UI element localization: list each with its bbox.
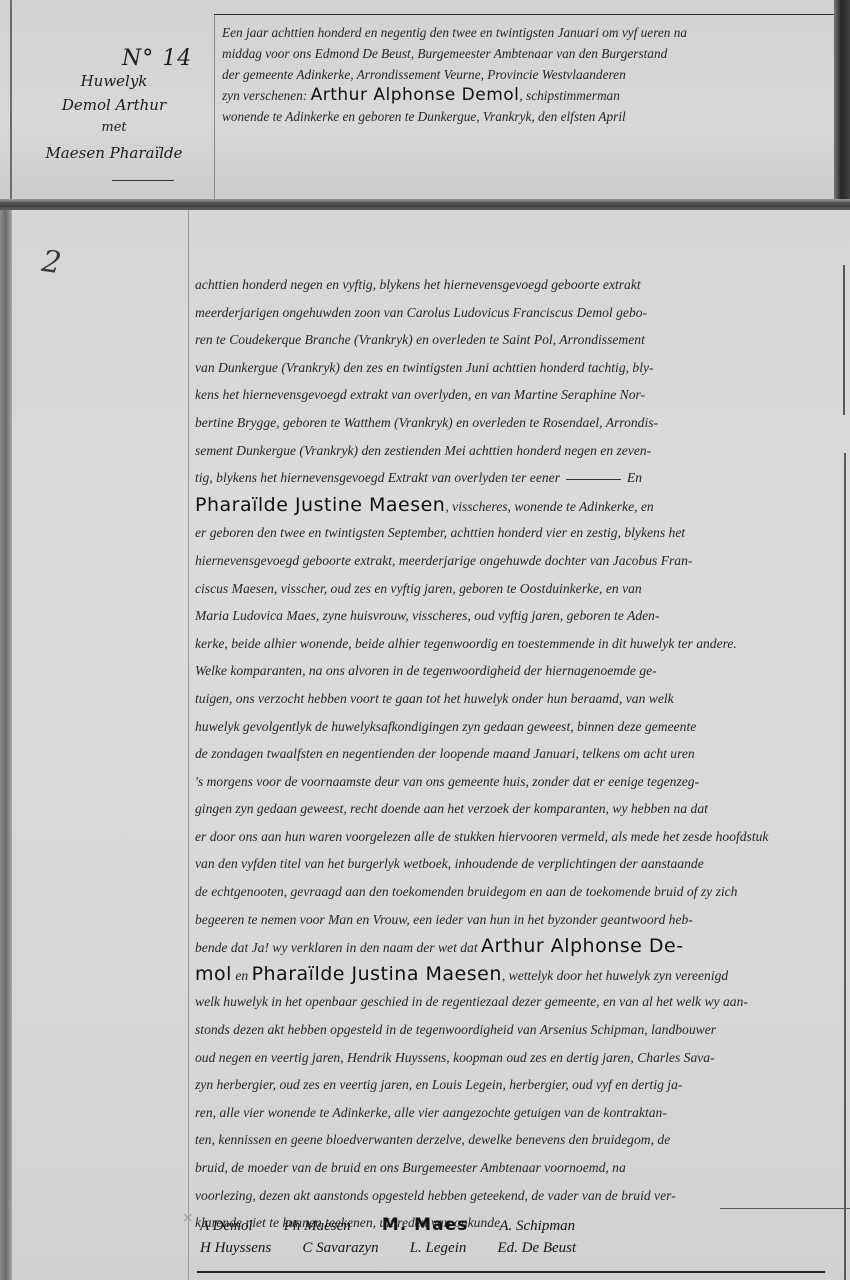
groom-name: Arthur Alphonse Demol — [311, 85, 520, 105]
signature-mother: M. Maes — [382, 1215, 468, 1235]
text-line: de zondagen twaalfsten en negentienden d… — [195, 740, 835, 768]
text-line: gingen zyn gedaan geweest, recht doende … — [195, 795, 835, 823]
text-line: voorlezing, dezen akt aanstonds opgestel… — [195, 1182, 835, 1210]
text-line: sement Dunkergue (Vrankryk) den zestiend… — [195, 437, 835, 465]
text-line: bruid, de moeder van de bruid en ons Bur… — [195, 1154, 835, 1182]
previous-page: N° 14 Huwelyk Demol Arthur met Maesen Ph… — [0, 0, 850, 205]
text-line: tig, blykens het hiernevensgevoegd Extra… — [195, 464, 835, 492]
bride-name: Pharaïlde Justina Maesen — [252, 963, 502, 985]
text-fragment: bende dat Ja! wy verklaren in den naam d… — [195, 940, 481, 955]
text-line: ren, alle vier wonende te Adinkerke, all… — [195, 1099, 835, 1127]
record-body: achttien honderd negen en vyftig, blyken… — [195, 271, 835, 1237]
bride-name: Pharaïlde Justine Maesen — [195, 494, 445, 516]
closing-rule — [197, 1271, 825, 1273]
text-line: van Dunkergue (Vrankryk) den zes en twin… — [195, 354, 835, 382]
page-binding — [0, 205, 12, 1280]
page-top-border — [0, 205, 850, 210]
text-line: bertine Brygge, geboren te Watthem (Vran… — [195, 409, 835, 437]
text-fragment: tig, blykens het hiernevensgevoegd Extra… — [195, 470, 560, 485]
text-line: Welke komparanten, na ons alvoren in de … — [195, 657, 835, 685]
text-line: oud negen en veertig jaren, Hendrik Huys… — [195, 1044, 835, 1072]
text-line: Maria Ludovica Maes, zyne huisvrouw, vis… — [195, 602, 835, 630]
text-line: bende dat Ja! wy verklaren in den naam d… — [195, 933, 835, 961]
upper-record-text: Een jaar achttien honderd en negentig de… — [222, 22, 830, 127]
text-line: begeeren te nemen voor Man en Vrouw, een… — [195, 906, 835, 934]
text-fragment: , visscheres, wonende te Adinkerke, en — [445, 499, 653, 514]
text-fragment: zyn verschenen: — [222, 88, 311, 103]
text-fragment: , wettelyk door het huwelyk zyn vereenig… — [502, 968, 728, 983]
margin-with: met — [14, 120, 214, 135]
column-divider — [188, 210, 189, 1280]
act-number: N° 14 — [122, 46, 192, 71]
text-line: stonds dezen akt hebben opgesteld in de … — [195, 1016, 835, 1044]
blank-dash — [566, 479, 621, 480]
text-line: tuigen, ons verzocht hebben voort te gaa… — [195, 685, 835, 713]
groom-name-cont: mol — [195, 963, 232, 985]
text-line: ten, kennissen en geene bloedverwanten d… — [195, 1126, 835, 1154]
top-rule — [214, 14, 834, 15]
text-line: 's morgens voor de voornaamste deur van … — [195, 768, 835, 796]
margin-title: Huwelyk — [14, 72, 214, 90]
margin-bride: Maesen Pharaïlde — [14, 144, 214, 162]
text-line: der gemeente Adinkerke, Arrondissement V… — [222, 64, 830, 85]
text-line: hiernevensgevoegd geboorte extrakt, meer… — [195, 547, 835, 575]
text-fragment: , schipstimmerman — [519, 88, 619, 103]
text-fragment: En — [627, 470, 642, 485]
signature-bride: Ph Maesen — [284, 1218, 351, 1235]
signature-witness: A. Schipman — [499, 1218, 575, 1235]
signature-row: A Demol Ph Maesen M. Maes A. Schipman — [200, 1215, 820, 1237]
text-line: huwelyk gevolgentlyk de huwelyksafkondig… — [195, 713, 835, 741]
right-margin-rule — [843, 265, 845, 415]
page-gutter — [834, 0, 850, 205]
text-line: er door ons aan hun waren voorgelezen al… — [195, 823, 835, 851]
column-divider — [214, 14, 215, 205]
text-line: middag voor ons Edmond De Beust, Burgeme… — [222, 43, 830, 64]
text-line: welk huwelyk in het openbaar geschied in… — [195, 988, 835, 1016]
text-line: Pharaïlde Justine Maesen, visscheres, wo… — [195, 492, 835, 520]
page-edge — [10, 0, 12, 205]
margin-mark: 2 — [40, 244, 64, 281]
text-line: zyn herbergier, oud zes en veertig jaren… — [195, 1071, 835, 1099]
margin-column: N° 14 Huwelyk Demol Arthur met Maesen Ph… — [14, 14, 214, 199]
text-line: de echtgenooten, gevraagd aan den toekom… — [195, 878, 835, 906]
text-line: van den vyfden titel van het burgerlyk w… — [195, 850, 835, 878]
groom-name: Arthur Alphonse De- — [481, 935, 684, 957]
text-line: zyn verschenen: Arthur Alphonse Demol, s… — [222, 85, 830, 106]
margin-groom: Demol Arthur — [14, 96, 214, 114]
signature-witness: L. Legein — [410, 1240, 467, 1257]
signature-mayor: Ed. De Beust — [497, 1240, 576, 1257]
current-page: 2 achttien honderd negen en vyftig, blyk… — [0, 205, 850, 1280]
text-line: er geboren den twee en twintigsten Septe… — [195, 519, 835, 547]
text-line: mol en Pharaïlde Justina Maesen, wettely… — [195, 961, 835, 989]
signature-witness: H Huyssens — [200, 1240, 271, 1257]
text-line: kerke, beide alhier wonende, beide alhie… — [195, 630, 835, 658]
text-line: ren te Coudekerque Branche (Vrankryk) en… — [195, 326, 835, 354]
signature-groom: A Demol — [200, 1218, 253, 1235]
text-line: ciscus Maesen, visscher, oud zes en vyft… — [195, 575, 835, 603]
signature-witness: C Savarazyn — [302, 1240, 378, 1257]
margin-rule — [112, 180, 174, 181]
text-fragment: en — [232, 968, 252, 983]
right-margin-rule — [844, 453, 846, 1280]
signature-rule — [720, 1208, 850, 1209]
text-line: meerderjarigen ongehuwden zoon van Carol… — [195, 299, 835, 327]
text-line: achttien honderd negen en vyftig, blyken… — [195, 271, 835, 299]
text-line: kens het hiernevensgevoegd extrakt van o… — [195, 381, 835, 409]
cross-mark: × — [182, 1210, 194, 1226]
signature-block: A Demol Ph Maesen M. Maes A. Schipman H … — [200, 1215, 820, 1259]
signature-row: H Huyssens C Savarazyn L. Legein Ed. De … — [200, 1237, 820, 1259]
text-line: wonende te Adinkerke en geboren te Dunke… — [222, 106, 830, 127]
text-line: Een jaar achttien honderd en negentig de… — [222, 22, 830, 43]
